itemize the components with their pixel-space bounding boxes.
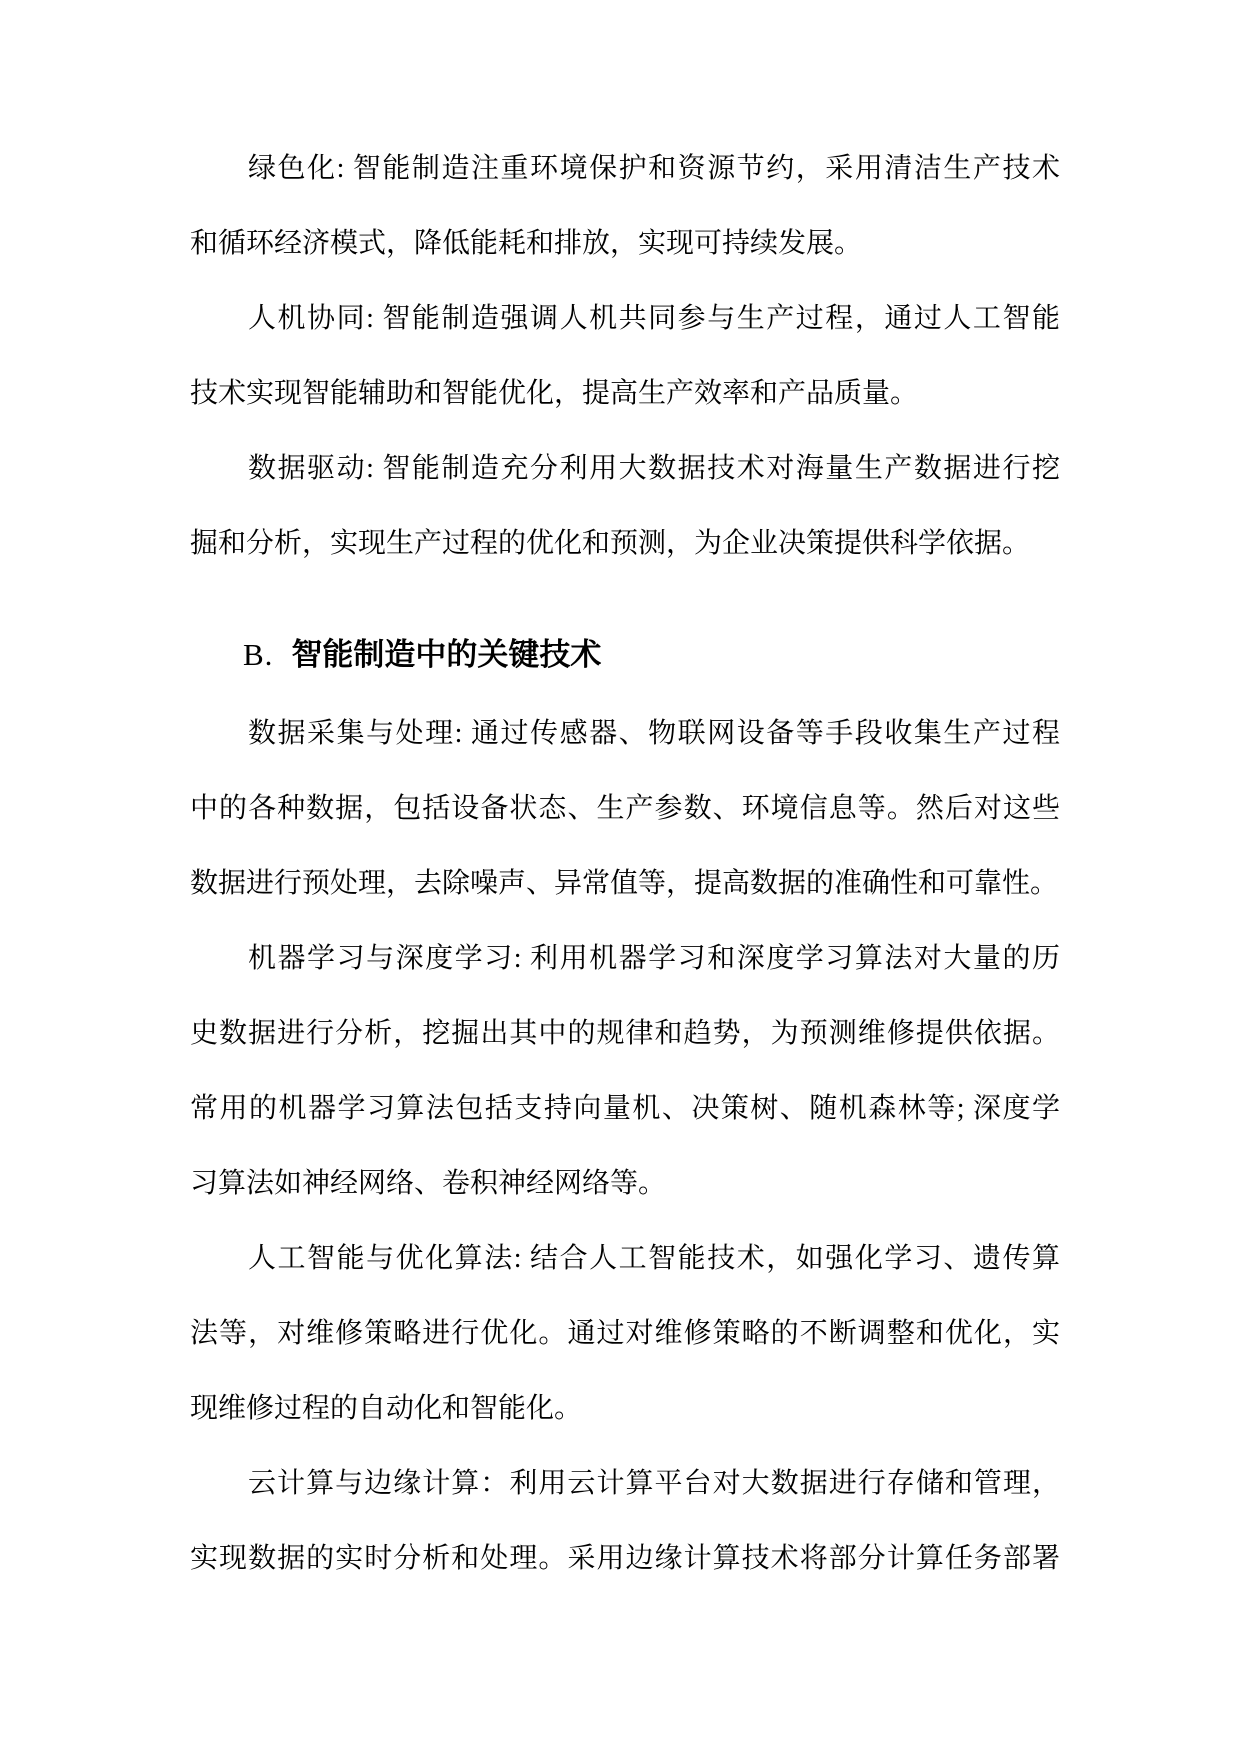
paragraph-machine-learning-deep-learning: 机器学习与深度学习: 利用机器学习和深度学习算法对大量的历史数据进行分析，挖掘出… (190, 921, 1060, 1221)
text-line: 数据进行预处理，去除噪声、异常值等，提高数据的准确性和可靠性。 (190, 846, 1060, 921)
section-heading-number: B. (243, 637, 273, 672)
text-line: 数据采集与处理: 通过传感器、物联网设备等手段收集生产过程 (190, 696, 1060, 771)
document-page: 绿色化: 智能制造注重环境保护和资源节约，采用清洁生产技术和循环经济模式，降低能… (0, 0, 1241, 1754)
text-line: 人工智能与优化算法: 结合人工智能技术，如强化学习、遗传算 (190, 1221, 1060, 1296)
paragraph-human-machine-collaboration: 人机协同: 智能制造强调人机共同参与生产过程，通过人工智能技术实现智能辅助和智能… (190, 281, 1060, 431)
text-line: 常用的机器学习算法包括支持向量机、决策树、随机森林等; 深度学 (190, 1071, 1060, 1146)
text-line: 人机协同: 智能制造强调人机共同参与生产过程，通过人工智能 (190, 281, 1060, 356)
paragraph-data-driven: 数据驱动: 智能制造充分利用大数据技术对海量生产数据进行挖掘和分析，实现生产过程… (190, 431, 1060, 581)
text-line: 史数据进行分析，挖掘出其中的规律和趋势，为预测维修提供依据。 (190, 996, 1060, 1071)
text-line: 习算法如神经网络、卷积神经网络等。 (190, 1146, 1060, 1221)
paragraph-data-collection-processing: 数据采集与处理: 通过传感器、物联网设备等手段收集生产过程中的各种数据，包括设备… (190, 696, 1060, 921)
text-line: 现维修过程的自动化和智能化。 (190, 1371, 1060, 1446)
text-line: 掘和分析，实现生产过程的优化和预测，为企业决策提供科学依据。 (190, 506, 1060, 581)
section-heading: B.智能制造中的关键技术 (190, 617, 1060, 692)
page-content: 绿色化: 智能制造注重环境保护和资源节约，采用清洁生产技术和循环经济模式，降低能… (190, 131, 1060, 1596)
text-line: 和循环经济模式，降低能耗和排放，实现可持续发展。 (190, 206, 1060, 281)
text-line: 云计算与边缘计算：利用云计算平台对大数据进行存储和管理， (190, 1446, 1060, 1521)
text-line: 机器学习与深度学习: 利用机器学习和深度学习算法对大量的历 (190, 921, 1060, 996)
text-line: 中的各种数据，包括设备状态、生产参数、环境信息等。然后对这些 (190, 771, 1060, 846)
text-line: 法等，对维修策略进行优化。通过对维修策略的不断调整和优化，实 (190, 1296, 1060, 1371)
text-line: 绿色化: 智能制造注重环境保护和资源节约，采用清洁生产技术 (190, 131, 1060, 206)
paragraph-cloud-edge-computing: 云计算与边缘计算：利用云计算平台对大数据进行存储和管理，实现数据的实时分析和处理… (190, 1446, 1060, 1596)
paragraph-ai-optimization-algorithms: 人工智能与优化算法: 结合人工智能技术，如强化学习、遗传算法等，对维修策略进行优… (190, 1221, 1060, 1446)
text-line: 数据驱动: 智能制造充分利用大数据技术对海量生产数据进行挖 (190, 431, 1060, 506)
text-line: 实现数据的实时分析和处理。采用边缘计算技术将部分计算任务部署 (190, 1521, 1060, 1596)
text-line: 技术实现智能辅助和智能优化，提高生产效率和产品质量。 (190, 356, 1060, 431)
section-heading-title: 智能制造中的关键技术 (291, 637, 601, 672)
paragraph-green-manufacturing: 绿色化: 智能制造注重环境保护和资源节约，采用清洁生产技术和循环经济模式，降低能… (190, 131, 1060, 281)
